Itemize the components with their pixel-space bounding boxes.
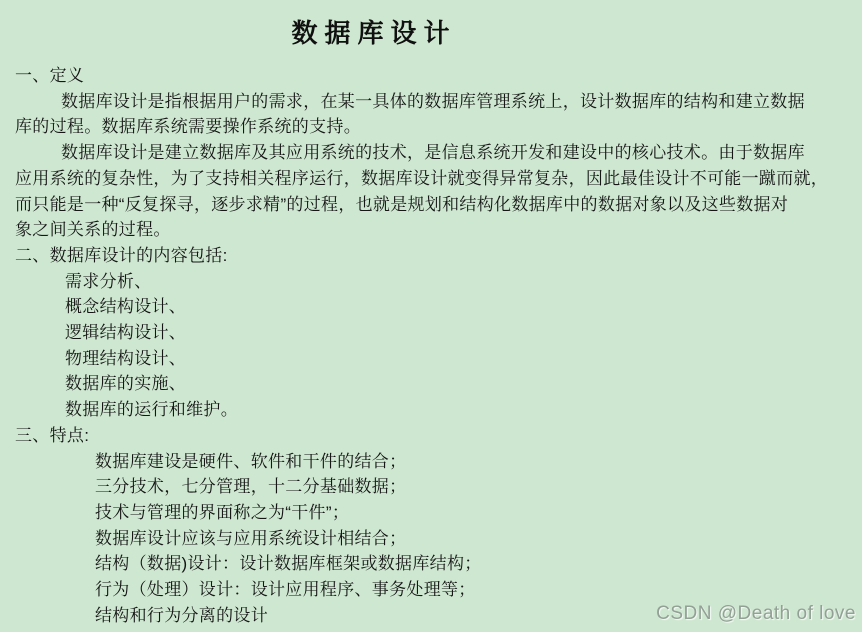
text-line: 应用系统的复杂性，为了支持相关程序运行，数据库设计就变得异常复杂，因此最佳设计不… [0,166,862,192]
document-page: 数据库设计 一、定义数据库设计是指根据用户的需求，在某一具体的数据库管理系统上，… [0,0,862,632]
text-line: 三、特点: [0,423,862,449]
text-line: 概念结构设计、 [0,294,862,320]
text-line: 库的过程。数据库系统需要操作系统的支持。 [0,114,862,140]
text-line: 需求分析、 [0,269,862,295]
text-line: 二、数据库设计的内容包括: [0,243,862,269]
text-line: 数据库建设是硬件、软件和干件的结合； [0,449,862,475]
watermark: CSDN @Death of love [656,603,856,625]
text-line: 而只能是一种“反复探寻，逐步求精”的过程，也就是规划和结构化数据库中的数据对象以… [0,192,862,218]
text-line: 数据库设计是指根据用户的需求，在某一具体的数据库管理系统上，设计数据库的结构和建… [0,89,862,115]
text-line: 数据库设计是建立数据库及其应用系统的技术，是信息系统开发和建设中的核心技术。由于… [0,140,862,166]
document-body: 一、定义数据库设计是指根据用户的需求，在某一具体的数据库管理系统上，设计数据库的… [0,63,862,628]
page-title: 数据库设计 [0,13,748,50]
text-line: 象之间关系的过程。 [0,217,862,243]
text-line: 三分技术，七分管理，十二分基础数据； [0,474,862,500]
text-line: 技术与管理的界面称之为“干件”； [0,500,862,526]
text-line: 数据库的运行和维护。 [0,397,862,423]
text-line: 逻辑结构设计、 [0,320,862,346]
text-line: 结构（数据)设计：设计数据库框架或数据库结构； [0,551,862,577]
text-line: 物理结构设计、 [0,346,862,372]
text-line: 数据库的实施、 [0,371,862,397]
text-line: 数据库设计应该与应用系统设计相结合； [0,526,862,552]
text-line: 一、定义 [0,63,862,89]
text-line: 行为（处理）设计：设计应用程序、事务处理等； [0,577,862,603]
